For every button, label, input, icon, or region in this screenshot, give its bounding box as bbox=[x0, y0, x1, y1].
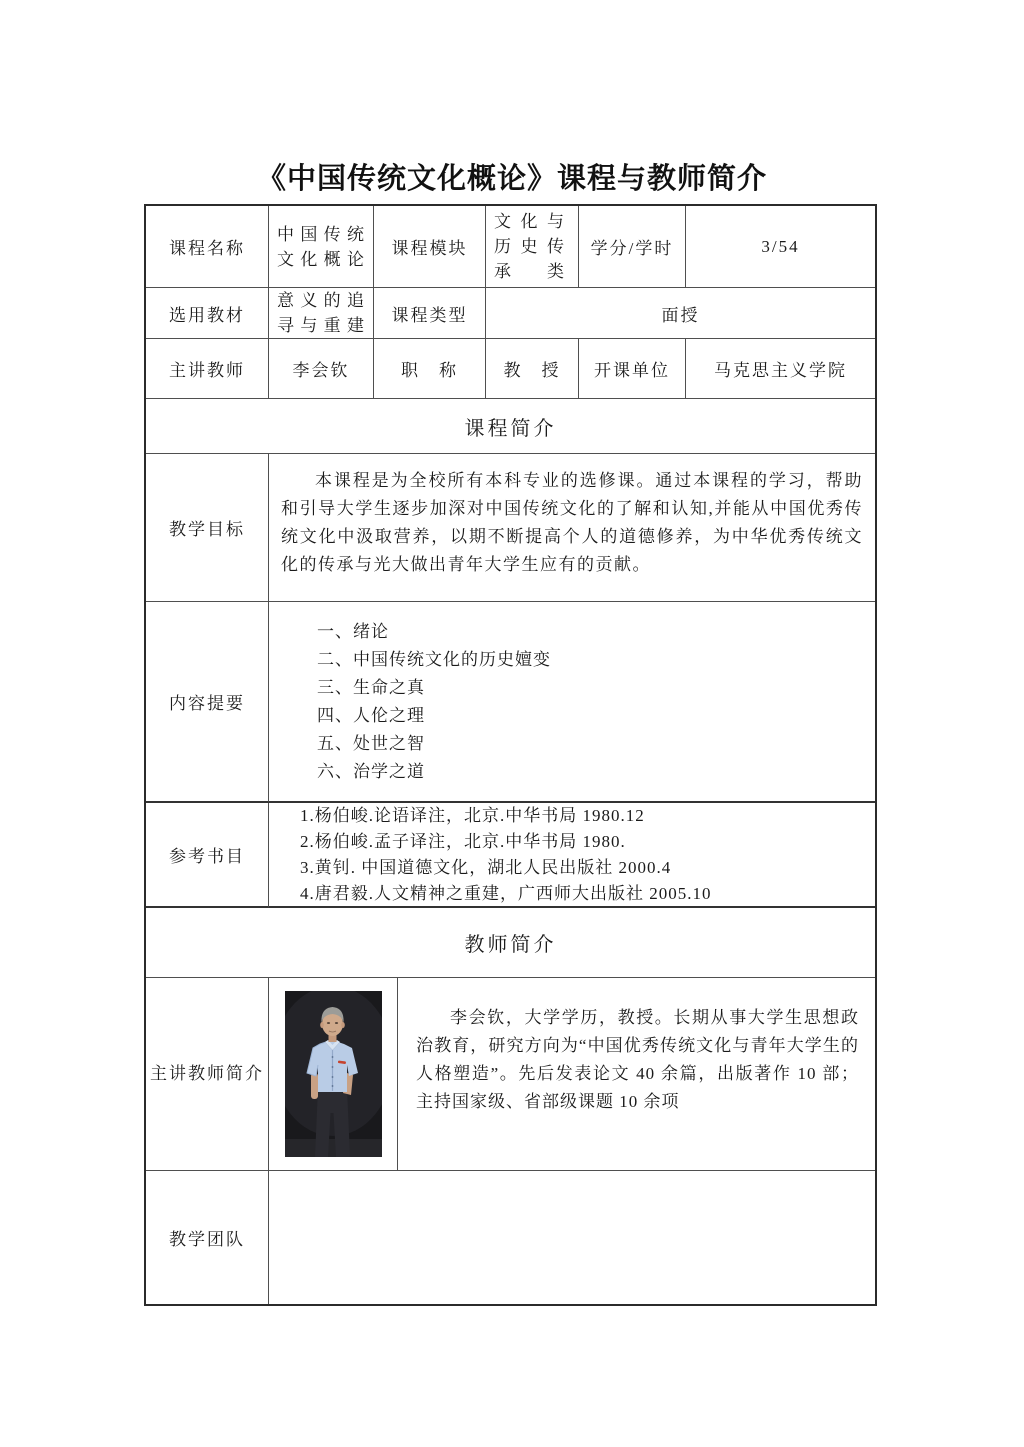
document-title: 《中国传统文化概论》课程与教师简介 bbox=[0, 156, 1024, 197]
department-label: 开课单位 bbox=[579, 339, 686, 399]
teacher-profile-label: 主讲教师简介 bbox=[146, 978, 269, 1171]
teacher-photo-cell bbox=[269, 978, 398, 1171]
row-course-name: 课程名称 中国传统文化概论 课程模块 文化与历史传承类 学分/学时 3/54 bbox=[146, 206, 875, 288]
rank-label: 职 称 bbox=[374, 339, 486, 399]
course-intro-header: 课程简介 bbox=[146, 399, 875, 454]
department-value: 马克思主义学院 bbox=[686, 339, 875, 399]
references-label: 参考书目 bbox=[146, 803, 269, 908]
textbook-label: 选用教材 bbox=[146, 288, 269, 339]
objectives-label: 教学目标 bbox=[146, 454, 269, 602]
rank-value: 教 授 bbox=[486, 339, 579, 399]
teacher-bio-text: 李会钦，大学学历，教授。长期从事大学生思想政治教育，研究方向为“中国优秀传统文化… bbox=[398, 978, 875, 1171]
module-value: 文化与历史传承类 bbox=[486, 206, 579, 288]
outline-item: 二、中国传统文化的历史嬗变 bbox=[317, 646, 551, 674]
credits-value: 3/54 bbox=[686, 206, 875, 288]
course-info-table: 课程名称 中国传统文化概论 课程模块 文化与历史传承类 学分/学时 3/54 选… bbox=[144, 204, 877, 1306]
row-outline: 内容提要 一、绪论 二、中国传统文化的历史嬗变 三、生命之真 四、人伦之理 五、… bbox=[146, 602, 875, 803]
course-name-value: 中国传统文化概论 bbox=[269, 206, 374, 288]
outline-item: 四、人伦之理 bbox=[317, 702, 425, 730]
row-textbook: 选用教材 意义的追寻与重建 课程类型 面授 bbox=[146, 288, 875, 339]
teaching-team-label: 教学团队 bbox=[146, 1171, 269, 1304]
outline-item: 一、绪论 bbox=[317, 618, 389, 646]
textbook-value: 意义的追寻与重建 bbox=[269, 288, 374, 339]
teaching-team-content bbox=[269, 1171, 875, 1304]
course-name-label: 课程名称 bbox=[146, 206, 269, 288]
row-course-intro-header: 课程简介 bbox=[146, 399, 875, 454]
instructor-label: 主讲教师 bbox=[146, 339, 269, 399]
reference-item: 2.杨伯峻.孟子译注，北京.中华书局 1980. bbox=[300, 829, 626, 855]
outline-list: 一、绪论 二、中国传统文化的历史嬗变 三、生命之真 四、人伦之理 五、处世之智 … bbox=[269, 602, 875, 803]
teacher-intro-header: 教师简介 bbox=[146, 908, 875, 978]
instructor-value: 李会钦 bbox=[269, 339, 374, 399]
row-teaching-team: 教学团队 bbox=[146, 1171, 875, 1304]
reference-item: 1.杨伯峻.论语译注，北京.中华书局 1980.12 bbox=[300, 803, 645, 829]
reference-item: 3.黄钊. 中国道德文化，湖北人民出版社 2000.4 bbox=[300, 855, 671, 881]
row-instructor: 主讲教师 李会钦 职 称 教 授 开课单位 马克思主义学院 bbox=[146, 339, 875, 399]
outline-item: 六、治学之道 bbox=[317, 758, 425, 786]
outline-item: 五、处世之智 bbox=[317, 730, 425, 758]
reference-item: 4.唐君毅.人文精神之重建，广西师大出版社 2005.10 bbox=[300, 881, 712, 907]
teacher-photo bbox=[285, 991, 382, 1157]
objectives-text: 本课程是为全校所有本科专业的选修课。通过本课程的学习，帮助和引导大学生逐步加深对… bbox=[269, 454, 875, 602]
row-teacher-intro-header: 教师简介 bbox=[146, 908, 875, 978]
document-page: 《中国传统文化概论》课程与教师简介 课程名称 中国传统文化概论 课程模块 文化与… bbox=[0, 0, 1024, 1447]
course-type-value: 面授 bbox=[486, 288, 875, 339]
row-references: 参考书目 1.杨伯峻.论语译注，北京.中华书局 1980.12 2.杨伯峻.孟子… bbox=[146, 803, 875, 908]
outline-label: 内容提要 bbox=[146, 602, 269, 803]
module-label: 课程模块 bbox=[374, 206, 486, 288]
credits-label: 学分/学时 bbox=[579, 206, 686, 288]
references-list: 1.杨伯峻.论语译注，北京.中华书局 1980.12 2.杨伯峻.孟子译注，北京… bbox=[269, 803, 875, 908]
course-type-label: 课程类型 bbox=[374, 288, 486, 339]
row-objectives: 教学目标 本课程是为全校所有本科专业的选修课。通过本课程的学习，帮助和引导大学生… bbox=[146, 454, 875, 602]
row-teacher-profile: 主讲教师简介 bbox=[146, 978, 875, 1171]
outline-item: 三、生命之真 bbox=[317, 674, 425, 702]
